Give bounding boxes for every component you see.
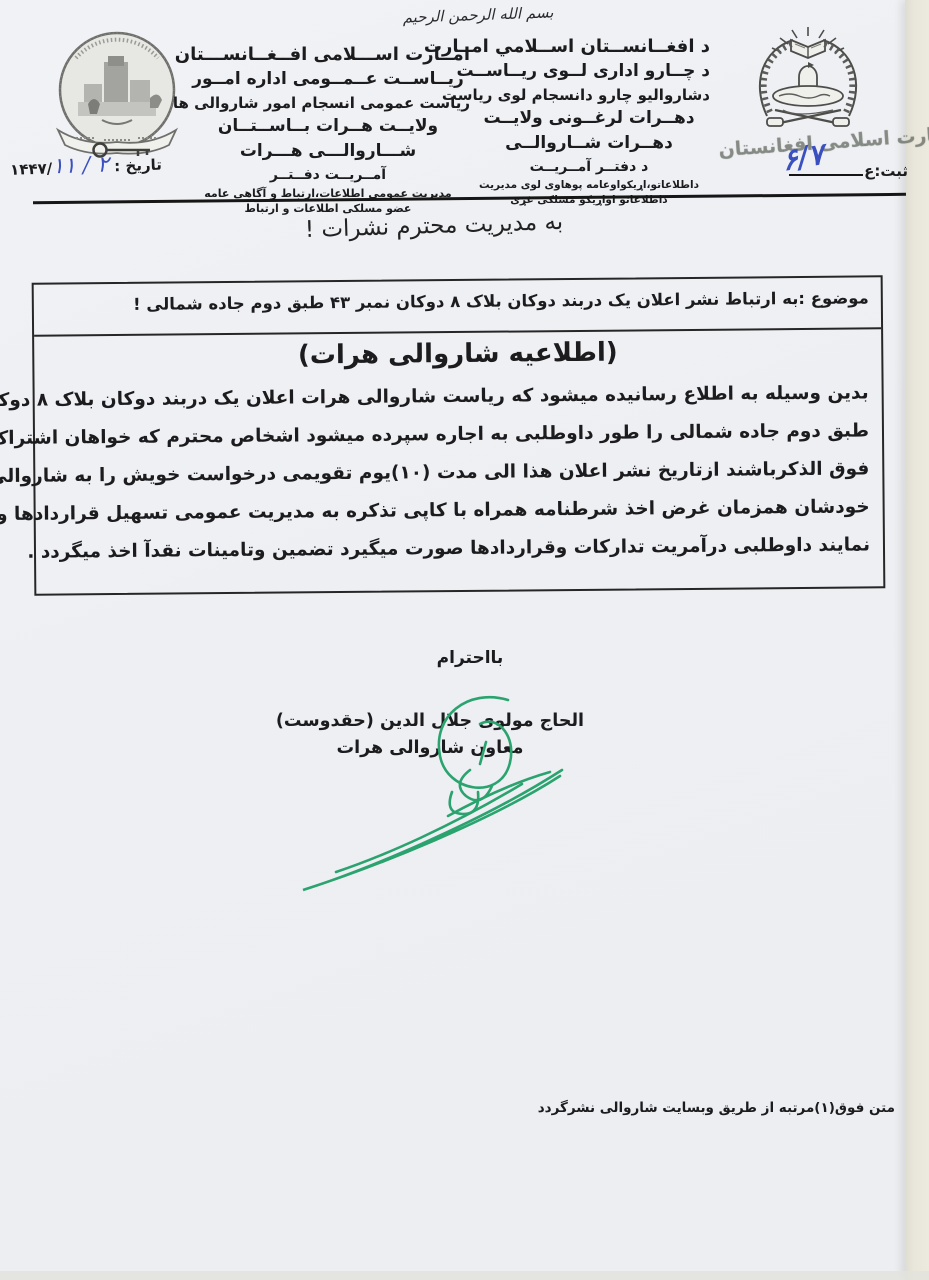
header-line: د افغــانســتان اســلامي امــارت xyxy=(468,34,710,59)
notice-title: (اطلاعیه شاروالی هرات) xyxy=(34,335,881,372)
date-handwritten: ۱۱ / ۲ xyxy=(52,152,110,179)
signature-ink xyxy=(270,685,590,900)
notice-box: موضوع :به ارتباط نشر اعلان یک دربند دوکا… xyxy=(32,275,886,595)
registry-label-text: ثبت:ع xyxy=(864,162,908,180)
closing-salutation: بااحترام xyxy=(400,648,540,668)
subject-line: موضوع :به ارتباط نشر اعلان یک دربند دوکا… xyxy=(34,277,881,336)
body-text-line: نمایند داوطلبی درآمریت تدارکات وقرارداده… xyxy=(49,526,870,571)
date-label: تاریخ : xyxy=(114,156,162,176)
herat-municipality-seal xyxy=(42,28,192,160)
date-year-printed: ۱۴۴۷/ xyxy=(10,159,53,178)
registry-underline xyxy=(789,160,863,176)
header-line: دهــرات لرغــونی ولایــت xyxy=(468,106,710,131)
publication-note: متن فوق(۱)مرتبه از طریق وبسایت شاروالی ن… xyxy=(555,1100,895,1116)
header-line: ریــاســت عــمــومی اداره امــور xyxy=(186,67,470,92)
scan-bottom-strip xyxy=(0,1271,929,1280)
header-line: ریاست عمومی انسجام امور شاروالی ها xyxy=(186,92,470,114)
bismillah-calligraphy: بسم الله الرحمن الرحیم xyxy=(378,3,579,28)
signature-icon xyxy=(270,685,590,900)
header-column-dari: امــارت اســـلامی افــغــانســـتان ریــا… xyxy=(186,42,470,216)
header-line: دشاروالیو چارو دانسجام لوی ریاست xyxy=(468,84,710,106)
citadel-seal-icon xyxy=(42,28,192,160)
islamic-emirate-emblem xyxy=(737,20,879,138)
header-line: ولایــت هــرات بــاســتــان xyxy=(186,114,470,139)
header-line: د دفتــر آمــریــت xyxy=(468,156,710,178)
emblem-icon xyxy=(737,20,879,138)
scan-edge-strip xyxy=(905,0,929,1280)
registry-label: ثبت:ع xyxy=(742,160,908,180)
header-line: د چــارو اداری لــوی ریــاســت xyxy=(468,59,710,84)
notice-body: بدین وسیله به اطلاع رسانیده میشود که ریا… xyxy=(35,374,884,571)
header-subline: داطلاعاتو،اړیکواوعامه پوهاوی لوی مدیریت xyxy=(468,178,710,193)
scanned-letter-page: بسم الله الرحمن الرحیم امــارت اســـلامی… xyxy=(0,0,929,1280)
header-column-pashto: د افغــانســتان اســلامي امــارت د چــار… xyxy=(468,34,710,208)
header-line: دهــرات شــاروالــی xyxy=(468,131,710,156)
